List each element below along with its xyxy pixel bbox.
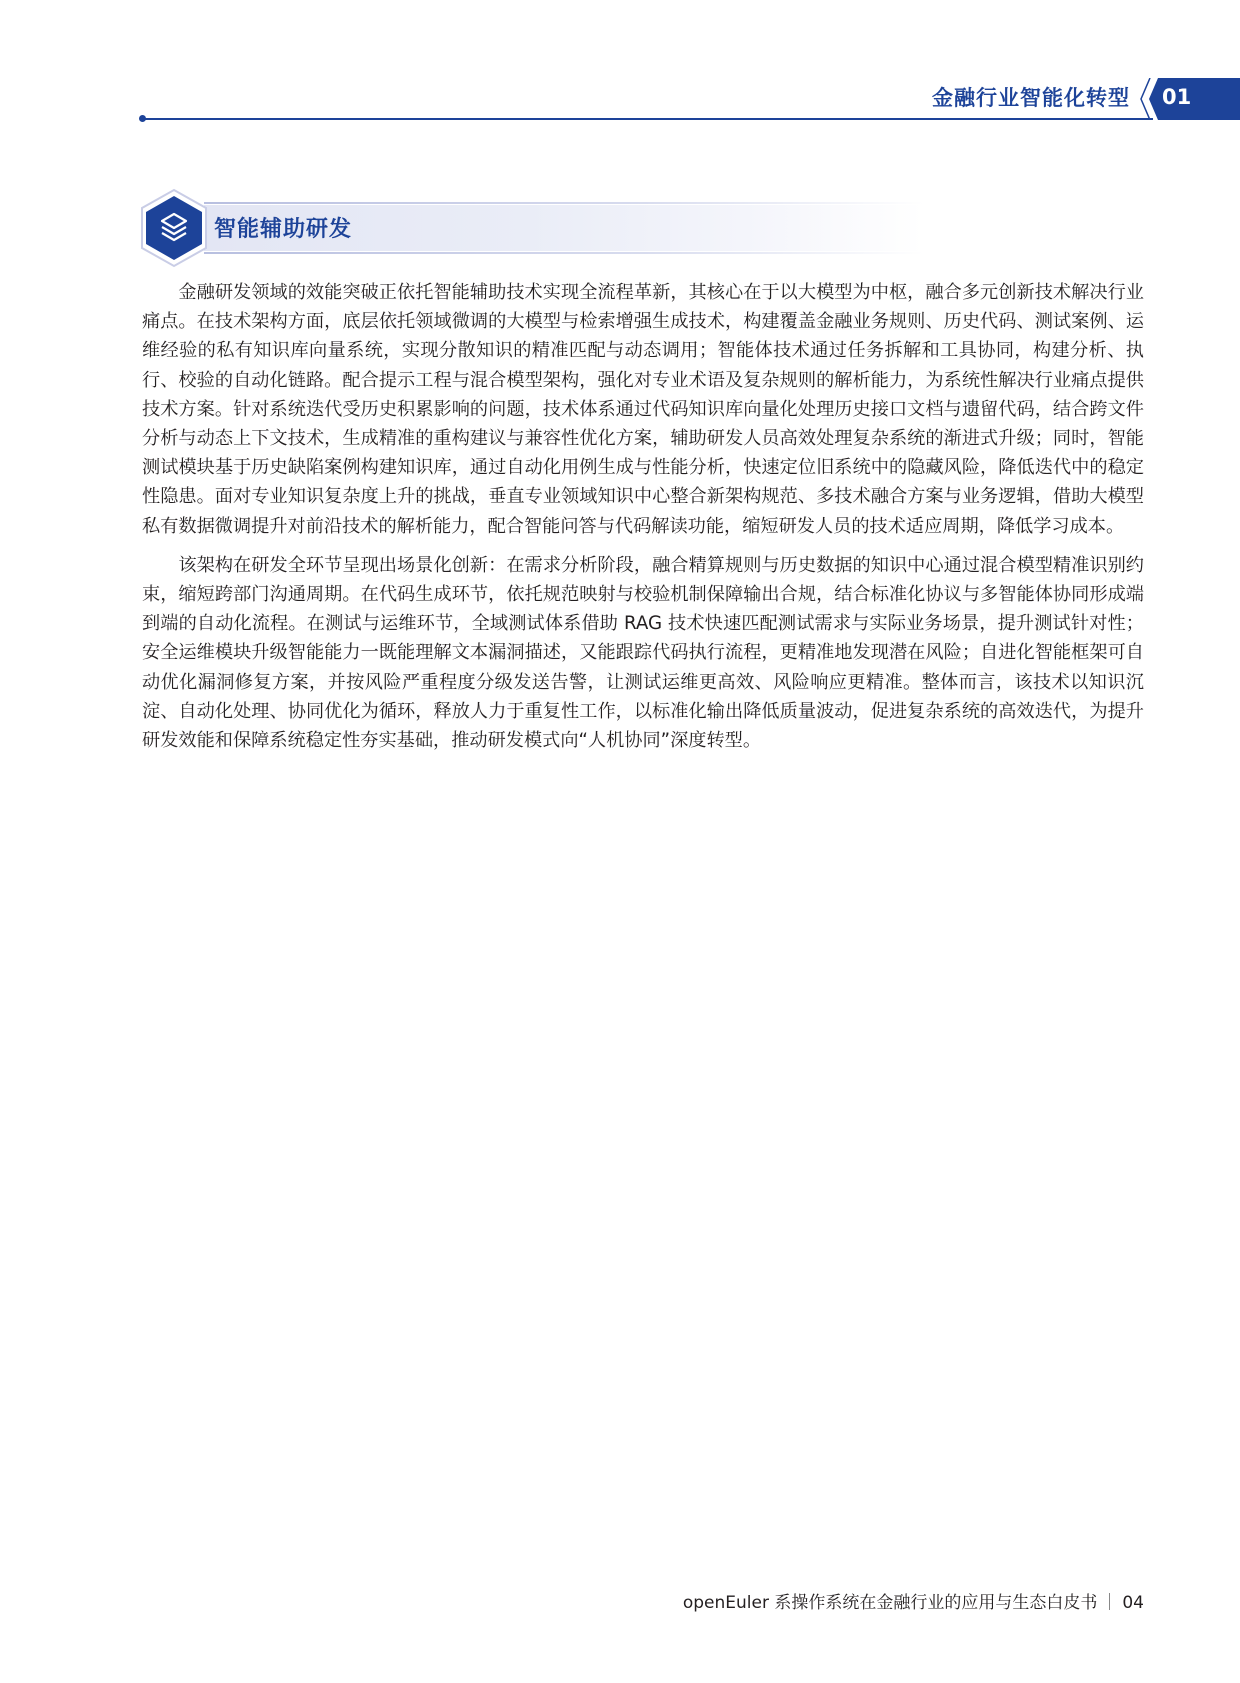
page-footer: openEuler 系操作系统在金融行业的应用与生态白皮书04: [683, 1588, 1144, 1613]
footer-divider: [1109, 1593, 1110, 1610]
header-rule: [143, 118, 1153, 120]
layers-icon: [138, 188, 210, 268]
body-text: 金融研发领域的效能突破正依托智能辅助技术实现全流程革新，其核心在于以大模型为中枢…: [142, 278, 1144, 765]
banner-top-rule: [204, 202, 924, 204]
chapter-title: 金融行业智能化转型: [932, 82, 1130, 112]
section-title: 智能辅助研发: [214, 212, 352, 243]
banner-bottom-rule: [204, 252, 924, 254]
section-heading: 智能辅助研发: [138, 188, 938, 268]
chapter-number-badge: 01: [1140, 78, 1240, 120]
paragraph: 金融研发领域的效能突破正依托智能辅助技术实现全流程革新，其核心在于以大模型为中枢…: [142, 278, 1144, 541]
chapter-number: 01: [1162, 85, 1191, 109]
page-number: 04: [1122, 1593, 1144, 1613]
paragraph: 该架构在研发全环节呈现出场景化创新：在需求分析阶段，融合精算规则与历史数据的知识…: [142, 551, 1144, 755]
document-title: openEuler 系操作系统在金融行业的应用与生态白皮书: [683, 1593, 1098, 1613]
